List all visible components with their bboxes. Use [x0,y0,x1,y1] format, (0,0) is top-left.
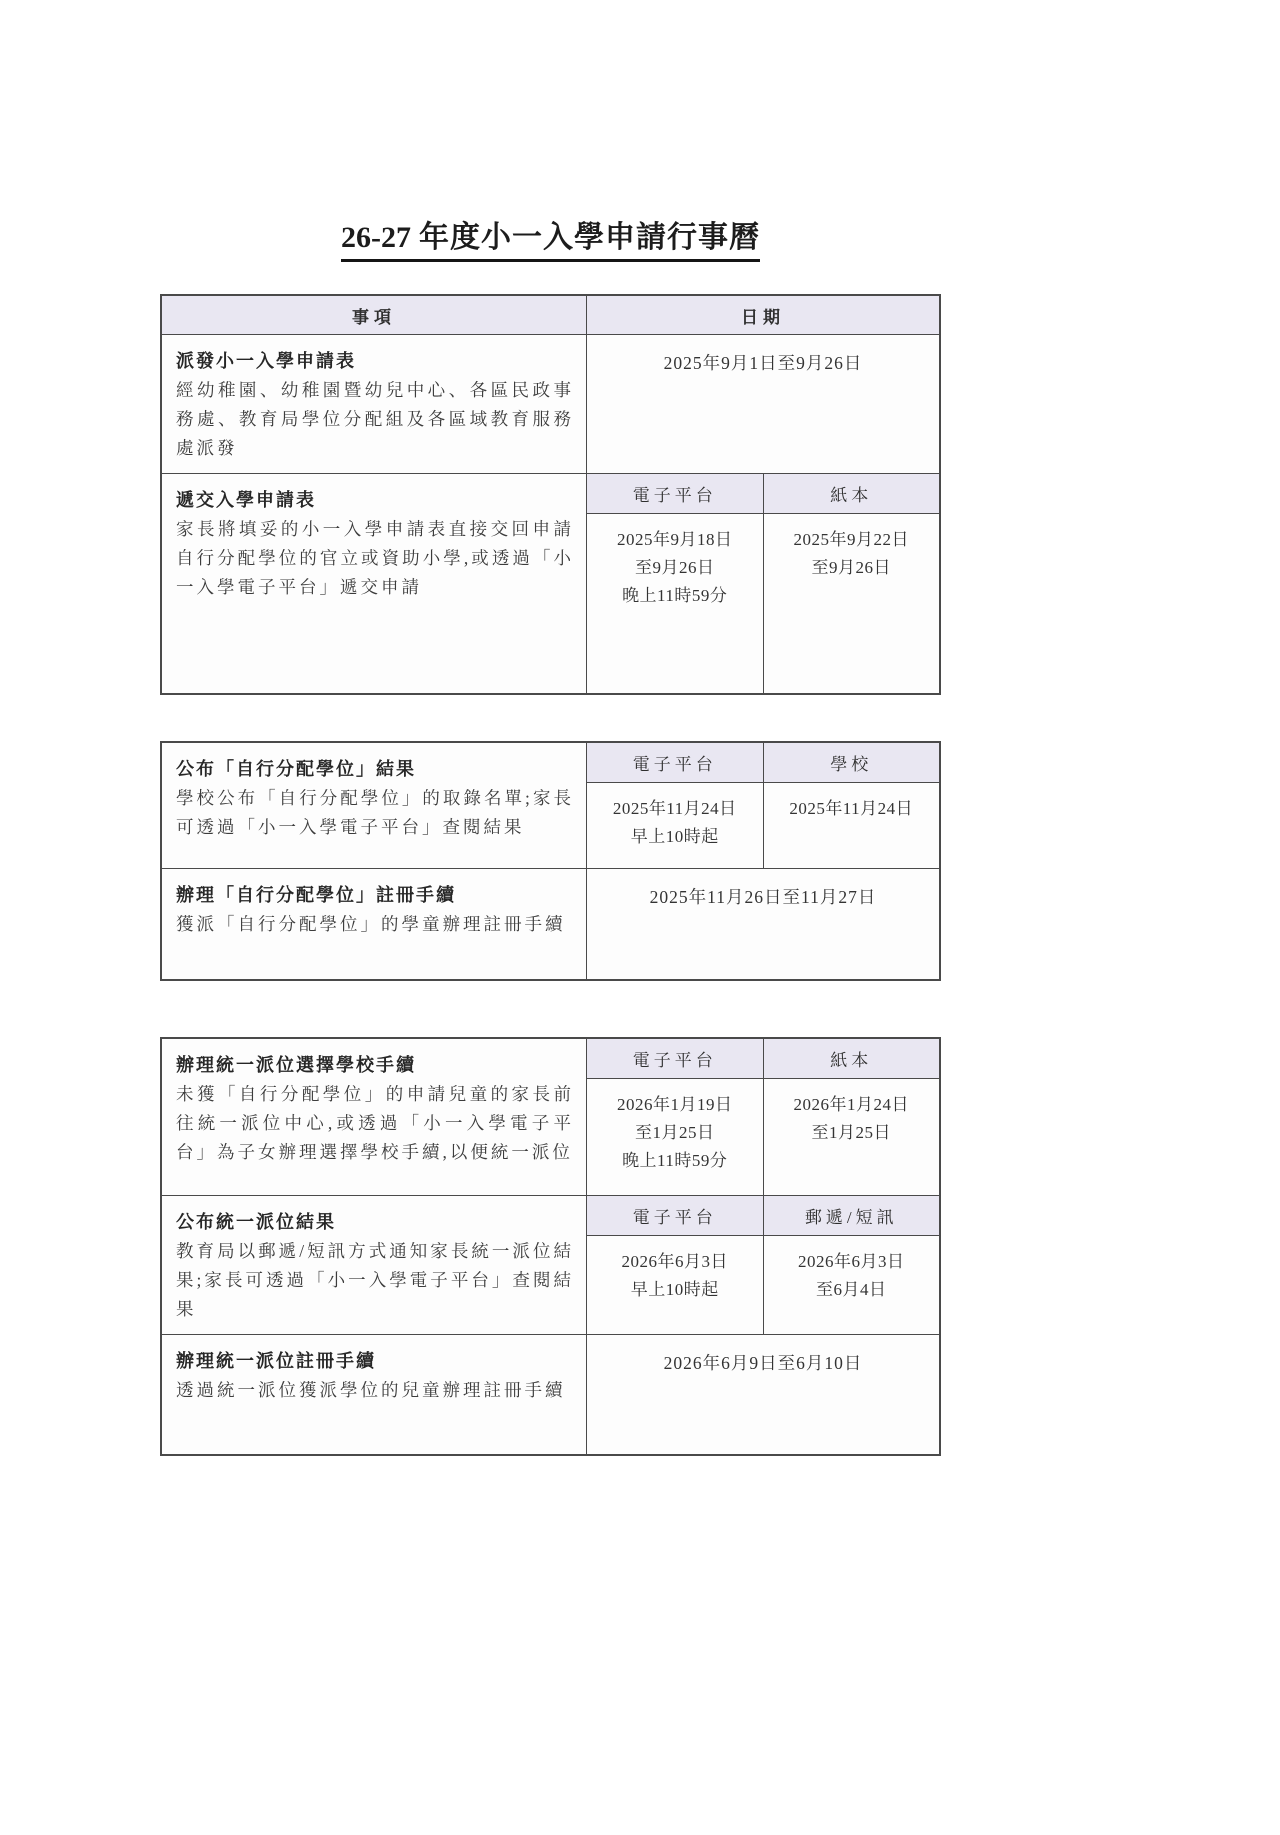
header-cell-date: 日期 [587,296,939,334]
channel-header: 紙本 [764,1039,940,1079]
date-line: 至1月25日 [764,1119,940,1147]
table-row: 派發小一入學申請表 經幼稚園、幼稚園暨幼兒中心、各區民政事務處、教育局學位分配組… [162,334,939,473]
header-cell-item: 事項 [162,296,587,334]
document-page: 26-27年度小一入學申請行事曆 事項 日期 派發小一入學申請表 經幼稚園、幼稚… [160,0,941,1456]
date-line: 2025年9月22日 [764,526,940,554]
event-description: 家長將填妥的小一入學申請表直接交回申請自行分配學位的官立或資助小學,或透過「小一… [176,515,574,602]
date-line: 2026年6月3日 [587,1248,763,1276]
page-title: 26-27年度小一入學申請行事曆 [160,219,941,262]
date-value: 2025年11月24日 早上10時起 [587,783,763,851]
channel-column: 電子平台 2025年11月24日 早上10時起 [587,743,763,868]
event-cell: 辦理「自行分配學位」註冊手續 獲派「自行分配學位」的學童辦理註冊手續 [162,869,587,979]
table-row: 公布統一派位結果 教育局以郵遞/短訊方式通知家長統一派位結果;家長可透過「小一入… [162,1195,939,1334]
date-value: 2026年6月3日 早上10時起 [587,1236,763,1304]
date-line: 至9月26日 [587,554,763,582]
date-cell: 2025年11月26日至11月27日 [587,869,939,979]
date-value: 2025年11月24日 [764,783,940,823]
event-cell: 辦理統一派位註冊手續 透過統一派位獲派學位的兒童辦理註冊手續 [162,1335,587,1454]
table-row: 辦理「自行分配學位」註冊手續 獲派「自行分配學位」的學童辦理註冊手續 2025年… [162,868,939,979]
channel-column: 電子平台 2026年1月19日 至1月25日 晚上11時59分 [587,1039,763,1195]
date-value: 2025年9月18日 至9月26日 晚上11時59分 [587,514,763,610]
date-line: 2025年9月18日 [587,526,763,554]
channel-header: 電子平台 [587,1039,763,1079]
date-cell: 2026年6月9日至6月10日 [587,1335,939,1454]
date-value: 2026年1月19日 至1月25日 晚上11時59分 [587,1079,763,1175]
page-title-underline: 26-27年度小一入學申請行事曆 [341,219,760,262]
calendar-table-3: 辦理統一派位選擇學校手續 未獲「自行分配學位」的申請兒童的家長前往統一派位中心,… [160,1037,941,1456]
event-title: 遞交入學申請表 [176,485,574,515]
date-value: 2026年1月24日 至1月25日 [764,1079,940,1147]
event-description: 經幼稚園、幼稚園暨幼兒中心、各區民政事務處、教育局學位分配組及各區域教育服務處派… [176,376,574,463]
channel-column: 郵遞/短訊 2026年6月3日 至6月4日 [763,1196,940,1334]
event-title: 公布「自行分配學位」結果 [176,754,574,784]
channel-column: 學校 2025年11月24日 [763,743,940,868]
channel-header: 紙本 [764,474,940,514]
table-row: 遞交入學申請表 家長將填妥的小一入學申請表直接交回申請自行分配學位的官立或資助小… [162,473,939,693]
date-line: 2025年11月24日 [764,795,940,823]
event-title: 公布統一派位結果 [176,1207,574,1237]
event-description: 透過統一派位獲派學位的兒童辦理註冊手續 [176,1376,574,1405]
channel-header: 電子平台 [587,743,763,783]
channel-header: 學校 [764,743,940,783]
event-title: 派發小一入學申請表 [176,346,574,376]
channel-column: 電子平台 2025年9月18日 至9月26日 晚上11時59分 [587,474,763,693]
date-line: 早上10時起 [587,823,763,851]
date-value: 2025年9月1日至9月26日 [664,335,863,473]
event-title: 辦理統一派位選擇學校手續 [176,1050,574,1080]
date-cell: 電子平台 2026年6月3日 早上10時起 郵遞/短訊 2026年6月3日 至6… [587,1196,939,1334]
event-title: 辦理「自行分配學位」註冊手續 [176,880,574,910]
channel-header: 電子平台 [587,1196,763,1236]
event-description: 學校公布「自行分配學位」的取錄名單;家長可透過「小一入學電子平台」查閱結果 [176,784,574,842]
date-line: 晚上11時59分 [587,1147,763,1175]
page-title-year: 26-27 [341,221,411,254]
table-header-row: 事項 日期 [162,296,939,334]
date-line: 至1月25日 [587,1119,763,1147]
channel-column: 電子平台 2026年6月3日 早上10時起 [587,1196,763,1334]
date-cell: 2025年9月1日至9月26日 [587,335,939,473]
table-row: 辦理統一派位選擇學校手續 未獲「自行分配學位」的申請兒童的家長前往統一派位中心,… [162,1039,939,1195]
date-cell: 電子平台 2025年11月24日 早上10時起 學校 2025年11月24日 [587,743,939,868]
date-value: 2026年6月3日 至6月4日 [764,1236,940,1304]
date-value: 2026年6月9日至6月10日 [664,1335,863,1454]
channel-column: 紙本 2025年9月22日 至9月26日 [763,474,940,693]
date-value: 2025年9月22日 至9月26日 [764,514,940,582]
channel-header: 電子平台 [587,474,763,514]
event-description: 未獲「自行分配學位」的申請兒童的家長前往統一派位中心,或透過「小一入學電子平台」… [176,1080,574,1167]
date-line: 早上10時起 [587,1276,763,1304]
event-cell: 辦理統一派位選擇學校手續 未獲「自行分配學位」的申請兒童的家長前往統一派位中心,… [162,1039,587,1195]
date-line: 2025年11月24日 [587,795,763,823]
date-line: 2026年1月24日 [764,1091,940,1119]
event-cell: 遞交入學申請表 家長將填妥的小一入學申請表直接交回申請自行分配學位的官立或資助小… [162,474,587,693]
date-line: 至6月4日 [764,1276,940,1304]
event-title: 辦理統一派位註冊手續 [176,1346,574,1376]
date-cell: 電子平台 2025年9月18日 至9月26日 晚上11時59分 紙本 2025年… [587,474,939,693]
event-cell: 公布「自行分配學位」結果 學校公布「自行分配學位」的取錄名單;家長可透過「小一入… [162,743,587,868]
calendar-table-2: 公布「自行分配學位」結果 學校公布「自行分配學位」的取錄名單;家長可透過「小一入… [160,741,941,981]
channel-column: 紙本 2026年1月24日 至1月25日 [763,1039,940,1195]
table-row: 公布「自行分配學位」結果 學校公布「自行分配學位」的取錄名單;家長可透過「小一入… [162,743,939,868]
table-row: 辦理統一派位註冊手續 透過統一派位獲派學位的兒童辦理註冊手續 2026年6月9日… [162,1334,939,1454]
date-value: 2025年11月26日至11月27日 [650,869,877,979]
event-description: 獲派「自行分配學位」的學童辦理註冊手續 [176,910,574,939]
date-line: 2026年1月19日 [587,1091,763,1119]
event-cell: 派發小一入學申請表 經幼稚園、幼稚園暨幼兒中心、各區民政事務處、教育局學位分配組… [162,335,587,473]
date-line: 晚上11時59分 [587,582,763,610]
date-cell: 電子平台 2026年1月19日 至1月25日 晚上11時59分 紙本 2026年… [587,1039,939,1195]
date-line: 至9月26日 [764,554,940,582]
event-cell: 公布統一派位結果 教育局以郵遞/短訊方式通知家長統一派位結果;家長可透過「小一入… [162,1196,587,1334]
channel-header: 郵遞/短訊 [764,1196,940,1236]
event-description: 教育局以郵遞/短訊方式通知家長統一派位結果;家長可透過「小一入學電子平台」查閱結… [176,1237,574,1324]
calendar-table-1: 事項 日期 派發小一入學申請表 經幼稚園、幼稚園暨幼兒中心、各區民政事務處、教育… [160,294,941,695]
page-title-text: 年度小一入學申請行事曆 [419,221,760,254]
date-line: 2026年6月3日 [764,1248,940,1276]
